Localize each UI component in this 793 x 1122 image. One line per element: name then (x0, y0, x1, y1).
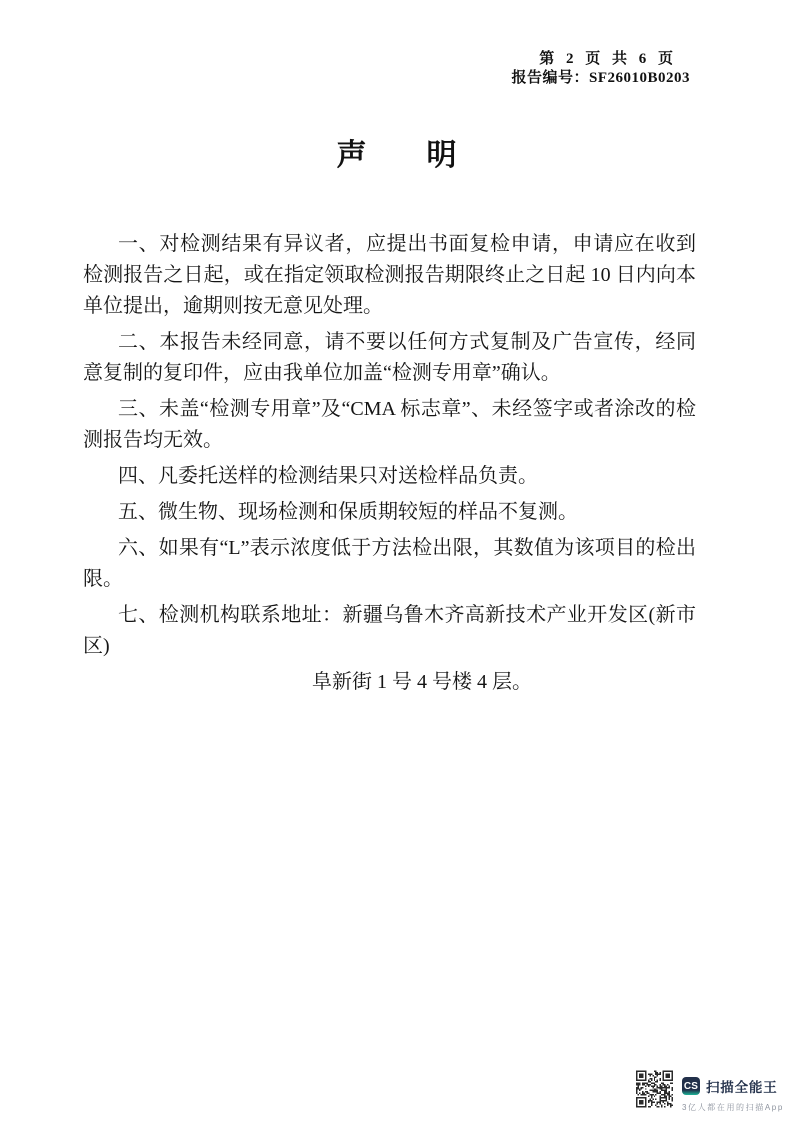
qr-code-icon (636, 1070, 673, 1108)
statement-item-6: 六、如果有“L”表示浓度低于方法检出限，其数值为该项目的检出限。 (83, 533, 696, 595)
camscanner-logo-icon: CS (682, 1077, 700, 1095)
statement-item-7: 七、检测机构联系地址：新疆乌鲁木齐高新技术产业开发区(新市区) (83, 600, 696, 662)
scanner-app-watermark: CS 扫描全能王 3亿人都在用的扫描App (636, 1068, 781, 1110)
statement-item-4: 四、凡委托送样的检测结果只对送检样品负责。 (83, 461, 696, 492)
scanner-app-brand: CS 扫描全能王 3亿人都在用的扫描App (682, 1068, 784, 1113)
page-number: 第 2 页 共 6 页 (511, 50, 677, 69)
page-header: 第 2 页 共 6 页 报告编号：SF26010B0203 (511, 50, 690, 88)
statement-item-7-address-line2: 阜新街 1 号 4 号楼 4 层。 (83, 667, 696, 698)
statement-item-2: 二、本报告未经同意，请不要以任何方式复制及广告宣传，经同意复制的复印件，应由我单… (83, 327, 696, 389)
report-number: 报告编号：SF26010B0203 (511, 69, 690, 88)
statement-item-1: 一、对检测结果有异议者，应提出书面复检申请，申请应在收到检测报告之日起，或在指定… (83, 229, 696, 322)
scanner-app-name: 扫描全能王 (706, 1076, 778, 1096)
scanned-report-page: 第 2 页 共 6 页 报告编号：SF26010B0203 声 明 一、对检测结… (0, 0, 793, 1122)
statement-item-3: 三、未盖“检测专用章”及“CMA 标志章”、未经签字或者涂改的检测报告均无效。 (83, 394, 696, 456)
page-title: 声 明 (0, 139, 793, 173)
scanner-app-tagline: 3亿人都在用的扫描App (682, 1102, 784, 1113)
statement-body: 一、对检测结果有异议者，应提出书面复检申请，申请应在收到检测报告之日起，或在指定… (83, 229, 696, 698)
statement-item-5: 五、微生物、现场检测和保质期较短的样品不复测。 (83, 497, 696, 528)
